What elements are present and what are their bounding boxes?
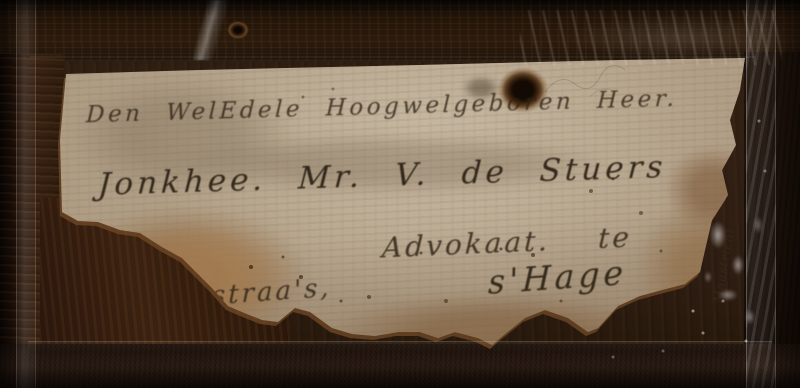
tape-crinkle-highlights — [688, 195, 774, 347]
tape-fold-top-center — [193, 0, 229, 60]
tape-reflection-top-right — [520, 10, 782, 65]
tape-edge-bottom — [28, 341, 772, 352]
specular-specks — [0, 0, 2, 2]
photo-of-label-on-painting-back: Den WelEdele Hoogwelgeboren Heer. Jonkhe… — [0, 0, 800, 388]
wormhole-in-wood — [226, 20, 250, 40]
tape-strip-left — [16, 0, 36, 388]
